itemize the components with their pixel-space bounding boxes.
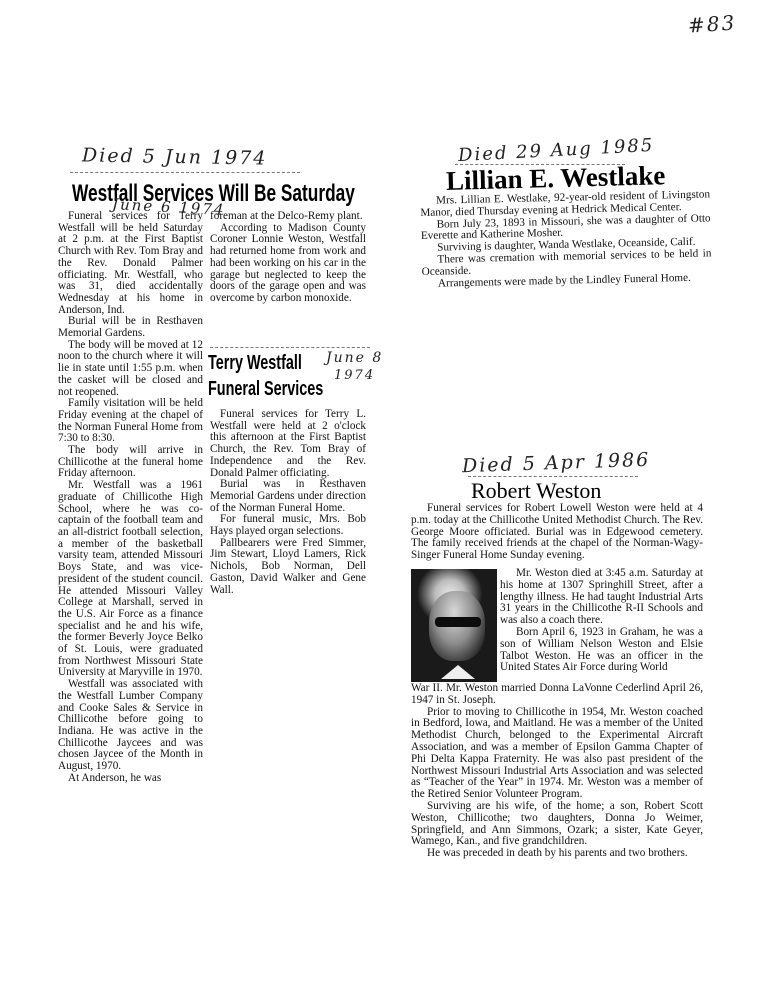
paragraph: Funeral services for Terry Westfall will… [58,211,203,316]
divider [70,172,300,173]
article-after-photo: War II. Mr. Weston married Donna LaVonne… [411,683,703,860]
article-column-1: Funeral services for Terry Westfall will… [58,211,203,784]
handwritten-death-date: Died 5 Apr 1986 [462,449,651,478]
handwritten-death-date: Died 5 Jun 1974 [82,144,268,169]
article-column-2: foreman at the Delco-Remy plant. Accordi… [210,211,366,305]
paragraph: According to Madison County Coroner Lonn… [210,223,366,305]
paragraph: War II. Mr. Weston married Donna LaVonne… [411,683,703,707]
paragraph: He was preceded in death by his parents … [411,848,703,860]
article-body: Mrs. Lillian E. Westlake, 92-year-old re… [420,189,712,290]
paragraph: At Anderson, he was [58,773,203,785]
paragraph: Born April 6, 1923 in Graham, he was a s… [500,627,703,674]
paragraph: Mr. Westfall was a 1961 graduate of Chil… [58,480,203,679]
paragraph: Westfall was associated with the Westfal… [58,679,203,773]
headline-line-1: Terry Westfall [208,352,302,375]
paragraph: Funeral services for Robert Lowell Westo… [411,503,703,562]
article-intro: Funeral services for Robert Lowell Westo… [411,503,703,562]
divider [210,347,370,348]
paragraph: Burial was in Resthaven Memorial Gardens… [210,479,366,514]
paragraph: The body will arrive in Chillicothe at t… [58,445,203,480]
paragraph: Family visitation will be held Friday ev… [58,398,203,445]
paragraph: The body will be moved at 12 noon to the… [58,340,203,399]
paragraph: Burial will be in Resthaven Memorial Gar… [58,316,203,339]
headline: Robert Weston [471,478,601,504]
clipping-robert-weston: Died 5 Apr 1986 Robert Weston Funeral se… [0,0,760,113]
headline-line-2: Funeral Services [208,378,323,401]
paragraph: Funeral services for Terry L. Westfall w… [210,409,366,479]
portrait-photo [411,569,497,682]
paragraph: foreman at the Delco-Remy plant. [210,211,366,223]
paragraph: Mr. Weston died at 3:45 a.m. Saturday at… [500,568,703,627]
article-beside-photo: Mr. Weston died at 3:45 a.m. Saturday at… [500,568,703,674]
page-number-note: #83 [687,10,737,37]
paragraph: Pallbearers were Fred Simmer, Jim Stewar… [210,538,366,597]
portrait-collar [441,665,475,679]
handwritten-clip-date-1: June 8 [326,350,383,366]
divider [468,476,638,477]
portrait-glasses [435,617,481,627]
article-body: Funeral services for Terry L. Westfall w… [210,409,366,596]
paragraph: Prior to moving to Chillicothe in 1954, … [411,707,703,801]
paragraph: Surviving are his wife, of the home; a s… [411,801,703,848]
handwritten-clip-date-2: 1974 [334,368,375,383]
paragraph: For funeral music, Mrs. Bob Hays played … [210,514,366,537]
